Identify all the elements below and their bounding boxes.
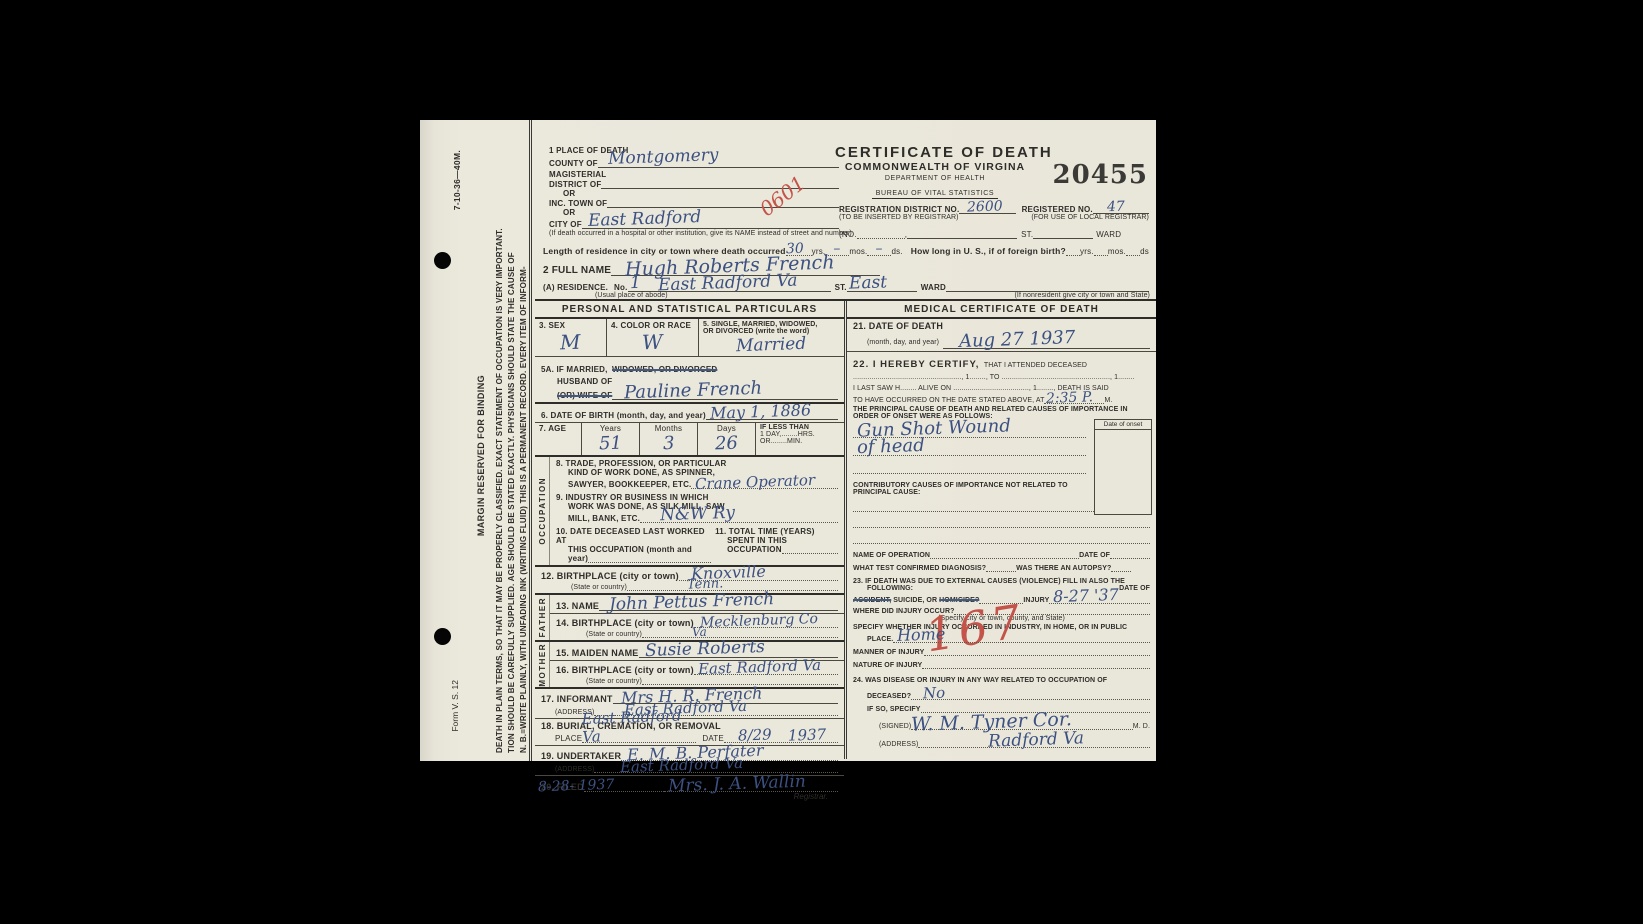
spouse-row: 5A. IF MARRIED, WIDOWED, OR DIVORCED HUS… [535,357,844,404]
medical-band: MEDICAL CERTIFICATE OF DEATH [847,301,1156,319]
reg-district-label: REGISTRATION DISTRICT NO. [839,205,959,214]
dob-value: May 1, 1886 [710,400,812,423]
address-label: (ADDRESS) [853,741,918,748]
marital-value: Married [736,334,807,356]
f5a-struck-options: WIDOWED, OR DIVORCED [612,365,717,374]
date-of-onset-label: Date of onset [1095,420,1151,430]
medical-column: MEDICAL CERTIFICATE OF DEATH 21. DATE OF… [847,301,1156,759]
time-of-death-value: 2:35 P. [1046,389,1093,407]
marital-label-1: 5. SINGLE, MARRIED, WIDOWED, [703,321,840,328]
age-label: 7. AGE [535,423,581,455]
personal-band: PERSONAL AND STATISTICAL PARTICULARS [535,301,844,319]
registered-note: (FOR USE OF LOCAL REGISTRAR) [1031,214,1149,221]
industry-row: 9. INDUSTRY OR BUSINESS IN WHICH WORK WA… [550,491,844,525]
st2-label: ST. [835,283,847,292]
cause-line1: THE PRINCIPAL CAUSE OF DEATH AND RELATED… [853,406,1150,413]
date-of-label: DATE OF [1079,552,1110,559]
f10-line2: THIS OCCUPATION (month and [556,545,711,554]
burial-place-value: East Radford Va [582,706,697,746]
marital-label-2: OR DIVORCED (write the word) [703,328,840,335]
trade-row: 8. TRADE, PROFESSION, OR PARTICULAR KIND… [550,457,844,491]
suicide-label: SUICIDE, OR [893,597,937,604]
occupation-vertical-label: OCCUPATION [538,477,547,545]
age-days-value: 26 [715,433,739,455]
months-header: Months [644,424,693,433]
st-label: ST. [1021,230,1033,239]
hospital-note: (If death occurred in a hospital or othe… [549,230,839,237]
color-race-label: 4. COLOR OR RACE [611,321,694,330]
nb-line-3: DEATH IN PLAIN TERMS, SO THAT IT MAY BE … [494,128,505,753]
ifless-line3: OR........MIN. [760,438,840,445]
residence-length-row: Length of residence in city or town wher… [543,244,1149,256]
mother-birthplace-value: East Radford Va [698,656,822,678]
inc-town-label: INC. TOWN OF [549,199,607,208]
f11-line2: SPENT IN THIS [715,536,838,545]
f12-sub: (State or country) [541,584,627,591]
mos-label: mos. [849,247,867,256]
city-of-label: CITY OF [549,220,582,229]
father-name-value: John Pettus French [609,589,775,615]
f13-label: 13. NAME [556,601,599,611]
test-autopsy-row: WHAT TEST CONFIRMED DIAGNOSIS? WAS THERE… [847,563,1156,574]
f23-line1: 23. IF DEATH WAS DUE TO EXTERNAL CAUSES … [853,578,1150,585]
mother-vertical-label: MOTHER [538,643,547,687]
bureau-line: BUREAU OF VITAL STATISTICS [872,190,998,199]
m-label: M. [1104,397,1112,404]
abode-note: (Usual place of abode) [595,292,668,299]
commonwealth-subtitle: COMMONWEALTH OF VIRGINA [835,161,1035,173]
no-paren-label: (NO. [839,230,857,239]
f16-sub: (State or country) [556,678,642,685]
f22-line4: TO HAVE OCCURRED ON THE DATE STATED ABOV… [853,397,1044,404]
f19-address-label: (ADDRESS) [541,766,594,773]
color-race-value: W [642,330,663,355]
f22-bold-label: 22. I HEREBY CERTIFY, [853,359,979,370]
sex-value: M [560,330,581,355]
trade-value: Crane Operator [695,471,816,493]
father-group: FATHER 13. NAME John Pettus French 14. B… [535,595,844,642]
ifless-line1: IF LESS THAN [760,424,840,431]
foreign-birth-label: How long in U. S., if of foreign birth? [911,246,1066,256]
test-label: WHAT TEST CONFIRMED DIAGNOSIS? [853,565,986,572]
reg-district-note: (TO BE INSERTED BY REGISTRAR) [839,214,959,221]
f21-sub: (month, day, and year) [853,339,939,346]
father-birthplace-row: 14. BIRTHPLACE (city or town) Mecklenbur… [550,614,844,640]
sex-label: 3. SEX [539,321,602,330]
age-years-value: 51 [599,433,623,455]
md-label: M. D. [1133,723,1150,730]
filed-date-value: 8-28- 1937 [538,777,615,796]
department-line: DEPARTMENT OF HEALTH [835,175,1035,182]
ifso-label: IF SO, SPECIFY [853,706,921,713]
form-body: 1 PLACE OF DEATH COUNTY OF Montgomery MA… [535,120,1156,761]
sex-color-marital-row: 3. SEX M 4. COLOR OR RACE W 5. SINGLE, M… [535,319,844,357]
binding-notice: MARGIN RESERVED FOR BINDING [476,375,486,536]
dob-label: 6. DATE OF BIRTH (month, day, and year) [541,411,706,420]
father-birthplace-state: Va [692,625,707,640]
industry-value: N&W Ry [660,503,736,526]
days-header: Days [702,424,751,433]
autopsy-label: WAS THERE AN AUTOPSY? [1016,565,1111,572]
f9-line1: 9. INDUSTRY OR BUSINESS IN WHICH [556,493,838,502]
mother-group: MOTHER 15. MAIDEN NAME Susie Roberts 16.… [535,642,844,689]
f8-line3: SAWYER, BOOKKEEPER, ETC. [556,480,691,489]
date-of-onset-box: Date of onset [1094,419,1152,515]
binding-margin: 7-10-36—40M. MARGIN RESERVED FOR BINDING… [420,120,532,761]
registered-no-value: 47 [1107,199,1125,216]
ifless-line2: 1 DAY,........HRS. [760,431,840,438]
county-label: COUNTY OF [549,159,598,168]
punch-hole-top [434,252,451,269]
f8-line1: 8. TRADE, PROFESSION, OR PARTICULAR [556,459,838,468]
nonresident-note: (If nonresident give city or town and St… [1014,292,1150,299]
residence-row: (A) RESIDENCE. No. 1 East Radford Va ST.… [543,278,1149,292]
years-header: Years [586,424,635,433]
yrs2-label: yrs. [1080,247,1094,256]
nature-label: NATURE OF INJURY [853,662,922,669]
f11-line1: 11. TOTAL TIME (YEARS) [715,527,838,536]
district-of-label: DISTRICT OF [549,180,601,189]
form-number: Form V. S. 12 [450,680,460,732]
address-value: Radford Va [988,728,1085,751]
operation-row: NAME OF OPERATION DATE OF [847,550,1156,561]
f24-line1: 24. WAS DISEASE OR INJURY IN ANY WAY REL… [853,677,1150,684]
certify-block: 22. I HEREBY CERTIFY, THAT I ATTENDED DE… [847,352,1156,422]
ds-label: ds. [891,247,902,256]
scan-background: 7-10-36—40M. MARGIN RESERVED FOR BINDING… [0,0,1643,924]
residence-no-value: 1 [629,273,641,293]
form-header: 1 PLACE OF DEATH COUNTY OF Montgomery MA… [535,120,1156,301]
f14-label: 14. BIRTHPLACE (city or town) [556,618,694,628]
death-certificate-document: 7-10-36—40M. MARGIN RESERVED FOR BINDING… [420,120,1156,761]
date-injury-label-1: DATE OF [1119,585,1150,592]
county-value: Montgomery [607,145,718,169]
street-number-row: (NO. , ST. WARD [839,230,1149,239]
f5a-label: 5A. IF MARRIED, [541,365,608,374]
registered-no-label: REGISTERED NO. [1022,205,1093,214]
date-of-death-value: Aug 27 1937 [959,327,1076,352]
f12-label: 12. BIRTHPLACE (city or town) [541,571,679,581]
personal-column: PERSONAL AND STATISTICAL PARTICULARS 3. … [535,301,847,759]
f19-label: 19. UNDERTAKER [541,751,621,761]
birthplace-row: 12. BIRTHPLACE (city or town) Knoxville … [535,567,844,595]
injury-place-value: Home [897,624,946,645]
date-injury-label-2: INJURY [1023,597,1049,604]
manner-label: MANNER OF INJURY [853,649,924,656]
f14-sub: (State or country) [556,631,642,638]
accident-struck-label: ACCIDENT, [853,597,891,604]
burial-row: 18. BURIAL, CREMATION, OR REMOVAL PLACE … [535,719,844,746]
occupation-group: OCCUPATION 8. TRADE, PROFESSION, OR PART… [535,457,844,567]
length-days-value: – [875,241,882,257]
f16-label: 16. BIRTHPLACE (city or town) [556,665,694,675]
last-worked-row: 10. DATE DECEASED LAST WORKED AT THIS OC… [550,525,844,565]
nb-line-2: TION SHOULD BE CAREFULLY SUPPLIED. AGE S… [506,128,517,753]
operation-label: NAME OF OPERATION [853,552,930,559]
f10-line1: 10. DATE DECEASED LAST WORKED AT [556,527,711,545]
city-value: East Radford [587,207,701,231]
age-months-value: 3 [662,433,674,454]
residence-label: (A) RESIDENCE. [543,283,608,292]
f11-line3: OCCUPATION [715,545,782,554]
reg-district-value: 2600 [967,198,1003,215]
place-label: PLACE [541,734,582,743]
ward2-label: WARD [921,283,946,292]
ward-label: WARD [1096,230,1121,239]
f22-line2: ........................................… [853,374,1150,381]
registration-row: REGISTRATION DISTRICT NO. 2600 REGISTERE… [839,202,1149,221]
injury-date-value: 8-27 '37 [1053,585,1119,606]
signed-label: (SIGNED) [853,723,911,730]
f9-line3: MILL, BANK, ETC. [556,514,640,523]
f23-line2: FOLLOWING: [853,585,913,592]
nb-instructions: DEATH IN PLAIN TERMS, SO THAT IT MAY BE … [494,128,529,753]
occupation-related-block: 24. WAS DISEASE OR INJURY IN ANY WAY REL… [847,675,1156,750]
st-value: East [848,272,887,293]
wife-of-struck-label: (OR) WIFE OF [541,391,612,400]
certificate-title-block: CERTIFICATE OF DEATH COMMONWEALTH OF VIR… [835,144,1035,200]
form-print-code: 7-10-36—40M. [452,150,462,210]
cause-value-2: of head [857,435,925,458]
residence-no-label: No. [614,283,628,292]
certificate-number: 20455 [1053,160,1148,190]
occupation-related-value: No [923,684,946,703]
f21-label: 21. DATE OF DEATH [853,321,943,331]
undertaker-address-value: East Radford Va [620,754,744,776]
spouse-value: Pauline French [624,378,763,404]
age-row: 7. AGE Years 51 Months 3 Days 26 IF LES [535,423,844,457]
residence-value: East Radford Va [657,271,797,296]
mother-birthplace-row: 16. BIRTHPLACE (city or town) East Radfo… [550,661,844,687]
f17-label: 17. INFORMANT [541,694,613,704]
f15-label: 15. MAIDEN NAME [556,648,639,658]
nb-line-1: N. B.=WRITE PLAINLY, WITH UNFADING INK (… [518,128,529,753]
f22-rest-label: THAT I ATTENDED DECEASED [984,362,1087,369]
certificate-title: CERTIFICATE OF DEATH [835,144,1035,161]
ds2-label: ds [1140,247,1149,256]
specify-line2: PLACE. [853,636,893,643]
father-vertical-label: FATHER [538,597,547,637]
date-of-birth-row: 6. DATE OF BIRTH (month, day, and year) … [535,404,844,423]
f24-line2: DECEASED? [853,693,911,700]
full-name-label: 2 FULL NAME [543,265,611,276]
burial-year-value: 1937 [788,725,827,744]
filed-row: 20. FILED 8-28- 1937 Mrs. J. A. Wallin R… [535,776,844,803]
mos2-label: mos. [1108,247,1126,256]
f10-line3: year) [556,554,588,563]
f22-line3: I LAST SAW H........ ALIVE ON ..........… [853,385,1150,392]
date-of-death-row: 21. DATE OF DEATH (month, day, and year)… [847,319,1156,352]
punch-hole-bottom [434,628,451,645]
